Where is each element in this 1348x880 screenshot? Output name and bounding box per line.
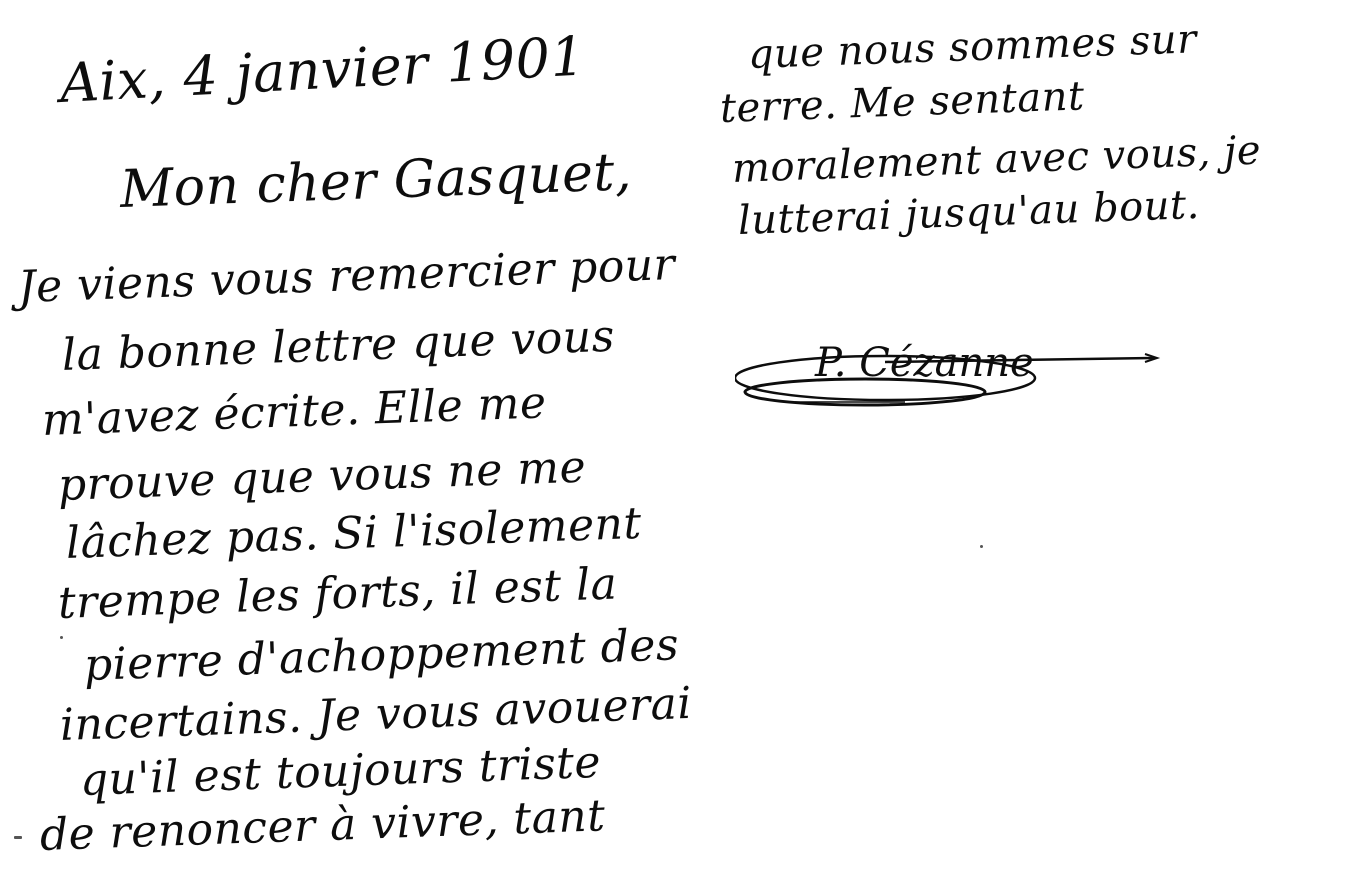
body-line-6: trempe les forts, il est la xyxy=(57,558,618,628)
right-line-1: que nous sommes sur xyxy=(747,16,1197,78)
body-line-5: lâchez pas. Si l'isolement xyxy=(65,498,642,569)
body-line-3: m'avez écrite. Elle me xyxy=(41,377,547,446)
ink-speck xyxy=(14,836,22,839)
letter-page: Aix, 4 janvier 1901 Mon cher Gasquet, Je… xyxy=(0,0,1348,880)
body-line-1: Je viens vous remercier pour xyxy=(17,239,676,313)
body-line-4: prouve que vous ne me xyxy=(57,442,587,511)
ink-speck xyxy=(980,545,983,548)
signature: P. Cézanne xyxy=(815,340,1034,386)
right-line-2: terre. Me sentant xyxy=(719,73,1085,132)
body-line-2: la bonne lettre que vous xyxy=(61,311,615,381)
letter-date: Aix, 4 janvier 1901 xyxy=(58,25,587,115)
ink-speck xyxy=(60,636,63,639)
signature-block: P. Cézanne xyxy=(735,330,1165,420)
body-line-7: pierre d'achoppement des xyxy=(83,619,680,691)
right-line-4: lutterai jusqu'au bout. xyxy=(737,182,1200,244)
letter-salutation: Mon cher Gasquet, xyxy=(119,142,633,220)
